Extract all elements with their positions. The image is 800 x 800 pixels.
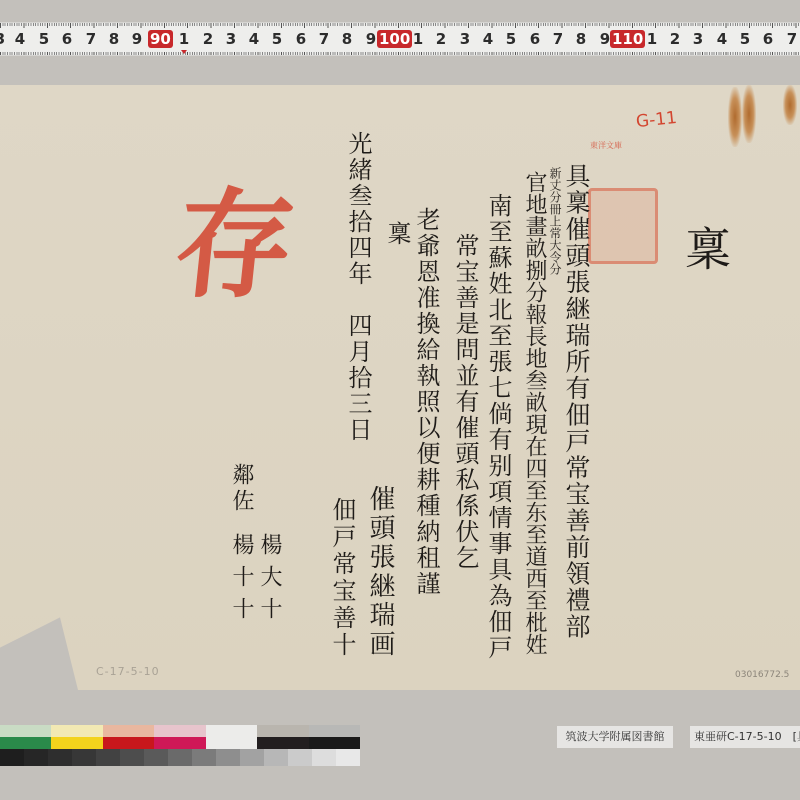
- pencil-call-number: C-17-5-10: [96, 665, 160, 678]
- library-label: 筑波大学附属図書館: [557, 726, 673, 748]
- ruler-label: 5: [735, 30, 755, 48]
- ruler-label: 2: [431, 30, 451, 48]
- text-column-5: 老爺恩准換給執照以便耕種納租謹: [412, 207, 440, 597]
- color-swatch: [96, 749, 120, 766]
- color-swatch: [154, 725, 205, 737]
- ruler-label: 2: [665, 30, 685, 48]
- ruler-label: 6: [525, 30, 545, 48]
- text-column-3: 南至蘇姓北至張七倘有别項情事具為佃戸: [484, 193, 512, 661]
- color-swatch: [51, 737, 102, 749]
- color-swatch: [51, 725, 102, 737]
- seal-stamp: [588, 188, 658, 264]
- ruler-label: 4: [244, 30, 264, 48]
- ruler-label: 1: [642, 30, 662, 48]
- color-swatch: [288, 749, 312, 766]
- ruler-label: 7: [548, 30, 568, 48]
- color-swatch: [336, 749, 360, 766]
- neighbor-2: 楊十十: [228, 533, 254, 629]
- ruler-label: 3: [221, 30, 241, 48]
- ruler-label: 90: [148, 30, 173, 48]
- ruler-label: 8: [571, 30, 591, 48]
- text-column-2: 官地畫畝捌分報長地叁畝現在四至东至道西至枇姓: [521, 171, 547, 655]
- text-column-1: 具稟催頭張継瑞所有佃戸常宝善前領禮部: [561, 163, 591, 640]
- color-swatch: [264, 749, 288, 766]
- color-swatch: [206, 737, 257, 749]
- color-swatch: [240, 749, 264, 766]
- ruler-label: 5: [34, 30, 54, 48]
- ruler-label: 7: [782, 30, 800, 48]
- ruler-marker-icon: [181, 50, 187, 54]
- color-swatch: [312, 749, 336, 766]
- ruler-label: 7: [81, 30, 101, 48]
- ruler-ticks-bottom: [0, 50, 800, 55]
- color-swatch: [257, 725, 308, 737]
- color-swatch: [206, 725, 257, 737]
- color-chart-tint-row: [0, 725, 360, 737]
- color-swatch: [168, 749, 192, 766]
- color-swatch: [154, 737, 205, 749]
- ruler-label: 5: [501, 30, 521, 48]
- neighbor-1: 楊大十: [256, 533, 282, 629]
- color-swatch: [192, 749, 216, 766]
- ruler-label: 5: [267, 30, 287, 48]
- ruler-label: 6: [758, 30, 778, 48]
- color-swatch: [103, 725, 154, 737]
- ruler-label: 6: [291, 30, 311, 48]
- water-stain: [742, 85, 756, 143]
- color-calibration-chart: [0, 725, 360, 766]
- color-swatch: [0, 737, 51, 749]
- signatory-head: 催頭張継瑞画: [365, 485, 395, 659]
- color-swatch: [216, 749, 240, 766]
- color-chart-solid-row: [0, 737, 360, 749]
- color-swatch: [72, 749, 96, 766]
- ruler-label: 7: [314, 30, 334, 48]
- measurement-ruler: 3456789901234567891001234567891101234567: [0, 22, 800, 56]
- ruler-label: 3: [455, 30, 475, 48]
- ruler-label: 3: [0, 30, 10, 48]
- ruler-label: 4: [10, 30, 30, 48]
- ruler-label: 2: [198, 30, 218, 48]
- color-swatch: [103, 737, 154, 749]
- header-character: 稟: [680, 225, 730, 272]
- color-swatch: [0, 725, 51, 737]
- ruler-label: 1: [408, 30, 428, 48]
- color-swatch: [309, 737, 360, 749]
- preserve-mark: 存: [170, 185, 301, 305]
- ruler-label: 1: [174, 30, 194, 48]
- neighbors-label: 鄰佐: [228, 463, 254, 515]
- water-stain: [728, 87, 742, 147]
- signatory-tenant: 佃戸常宝善十: [328, 497, 356, 659]
- side-note: 新丈分冊上常大令分: [548, 167, 562, 275]
- color-swatch: [309, 725, 360, 737]
- catalog-number: 03016772.5: [735, 670, 789, 680]
- ruler-ticks-top: [0, 23, 800, 28]
- text-column-4: 常宝善是問並有催頭私係伏乞: [451, 233, 479, 571]
- ruler-label: 6: [57, 30, 77, 48]
- library-stamp: 東洋文庫: [590, 140, 622, 151]
- closing-character: 稟: [383, 221, 411, 246]
- color-swatch: [144, 749, 168, 766]
- color-swatch: [120, 749, 144, 766]
- ruler-label: 8: [337, 30, 357, 48]
- ruler-label: 3: [688, 30, 708, 48]
- color-chart-gray-row: [0, 749, 360, 766]
- document-paper: G-11 東洋文庫 存 稟 具稟催頭張継瑞所有佃戸常宝善前領禮部 新丈分冊上常大…: [0, 85, 800, 690]
- date-column: 光緒叁拾四年 四月拾三日: [344, 131, 372, 443]
- water-stain: [783, 85, 797, 125]
- color-swatch: [48, 749, 72, 766]
- record-label: 東亜研C-17-5-10 [具稟: [690, 726, 800, 748]
- ruler-label: 110: [610, 30, 645, 48]
- ruler-label: 9: [127, 30, 147, 48]
- ruler-label: 8: [104, 30, 124, 48]
- color-swatch: [24, 749, 48, 766]
- color-swatch: [257, 737, 308, 749]
- ruler-label: 4: [478, 30, 498, 48]
- color-swatch: [0, 749, 24, 766]
- ruler-label: 4: [712, 30, 732, 48]
- red-annotation: G-11: [635, 108, 678, 132]
